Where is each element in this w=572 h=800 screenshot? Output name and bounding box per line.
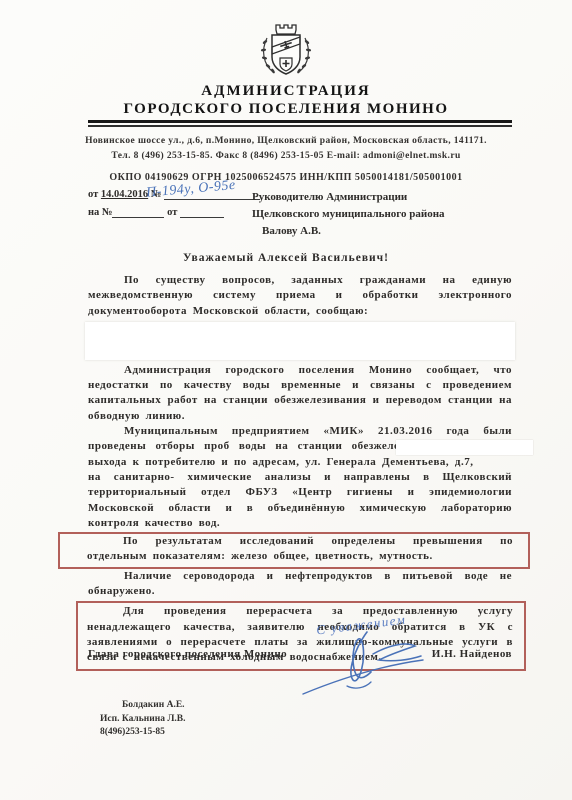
- paragraph-intro: По существу вопросов, заданных гражданам…: [88, 273, 512, 319]
- from-label: от: [88, 189, 98, 200]
- paragraph-results: По результатам исследований определены п…: [87, 534, 513, 565]
- salutation: Уважаемый Алексей Васильевич!: [0, 252, 572, 264]
- header-divider: [88, 120, 512, 127]
- closing-row: Глава городского поселения Монино И.Н. Н…: [88, 648, 512, 660]
- addressee-block: Руководителю Администрации Щелковского м…: [252, 189, 502, 240]
- inline-redacted-area: [396, 440, 533, 455]
- reply-reference-row: на № от: [88, 206, 258, 218]
- paragraph-sampling-2: на санитарно- химические анализы и напра…: [88, 470, 512, 531]
- signer-name: И.Н. Найденов: [432, 648, 512, 660]
- org-requisites: ОКПО 04190629 ОГРН 1025006524575 ИНН/КПП…: [0, 172, 572, 183]
- signer-position: Глава городского поселения Монино: [88, 648, 287, 660]
- paragraph-no-contaminants: Наличие сероводорода и нефтепродуктов в …: [88, 569, 512, 600]
- reply-number-blank: [112, 206, 164, 218]
- executor-phone: 8(496)253-15-85: [100, 726, 186, 740]
- reply-date-blank: [180, 206, 224, 218]
- org-name-line1: АДМИНИСТРАЦИЯ: [0, 83, 572, 100]
- letter-body: По существу вопросов, заданных гражданам…: [88, 273, 512, 671]
- letter-date: 14.04.2016: [101, 189, 148, 200]
- signature-ink: [295, 620, 470, 703]
- org-name-line2: ГОРОДСКОГО ПОСЕЛЕНИЯ МОНИНО: [0, 101, 572, 118]
- org-contacts: Тел. 8 (496) 253-15-85. Факс 8 (8496) 25…: [0, 151, 572, 161]
- scanned-letter-page: АДМИНИСТРАЦИЯ ГОРОДСКОГО ПОСЕЛЕНИЯ МОНИН…: [0, 0, 572, 800]
- addressee-name: Валову А.В.: [252, 223, 502, 240]
- addressee-position: Руководителю Администрации: [252, 189, 502, 206]
- reply-date-label: от: [167, 207, 177, 218]
- addressee-organization: Щелковского муниципального района: [252, 206, 502, 223]
- monino-coat-of-arms-icon: [257, 20, 315, 85]
- redacted-area: [85, 322, 515, 360]
- reply-from-label: на №: [88, 207, 112, 218]
- paragraph-water-quality: Администрация городского поселения Монин…: [88, 363, 512, 424]
- org-address: Новинское шоссе ул., д.6, п.Монино, Щелк…: [0, 136, 572, 146]
- highlighted-box-results: По результатам исследований определены п…: [58, 532, 530, 569]
- executor-line2: Исп. Кальнина Л.В.: [100, 713, 186, 727]
- executor-line1: Болдакин А.Е.: [100, 699, 186, 713]
- executor-block: Болдакин А.Е. Исп. Кальнина Л.В. 8(496)2…: [100, 699, 186, 740]
